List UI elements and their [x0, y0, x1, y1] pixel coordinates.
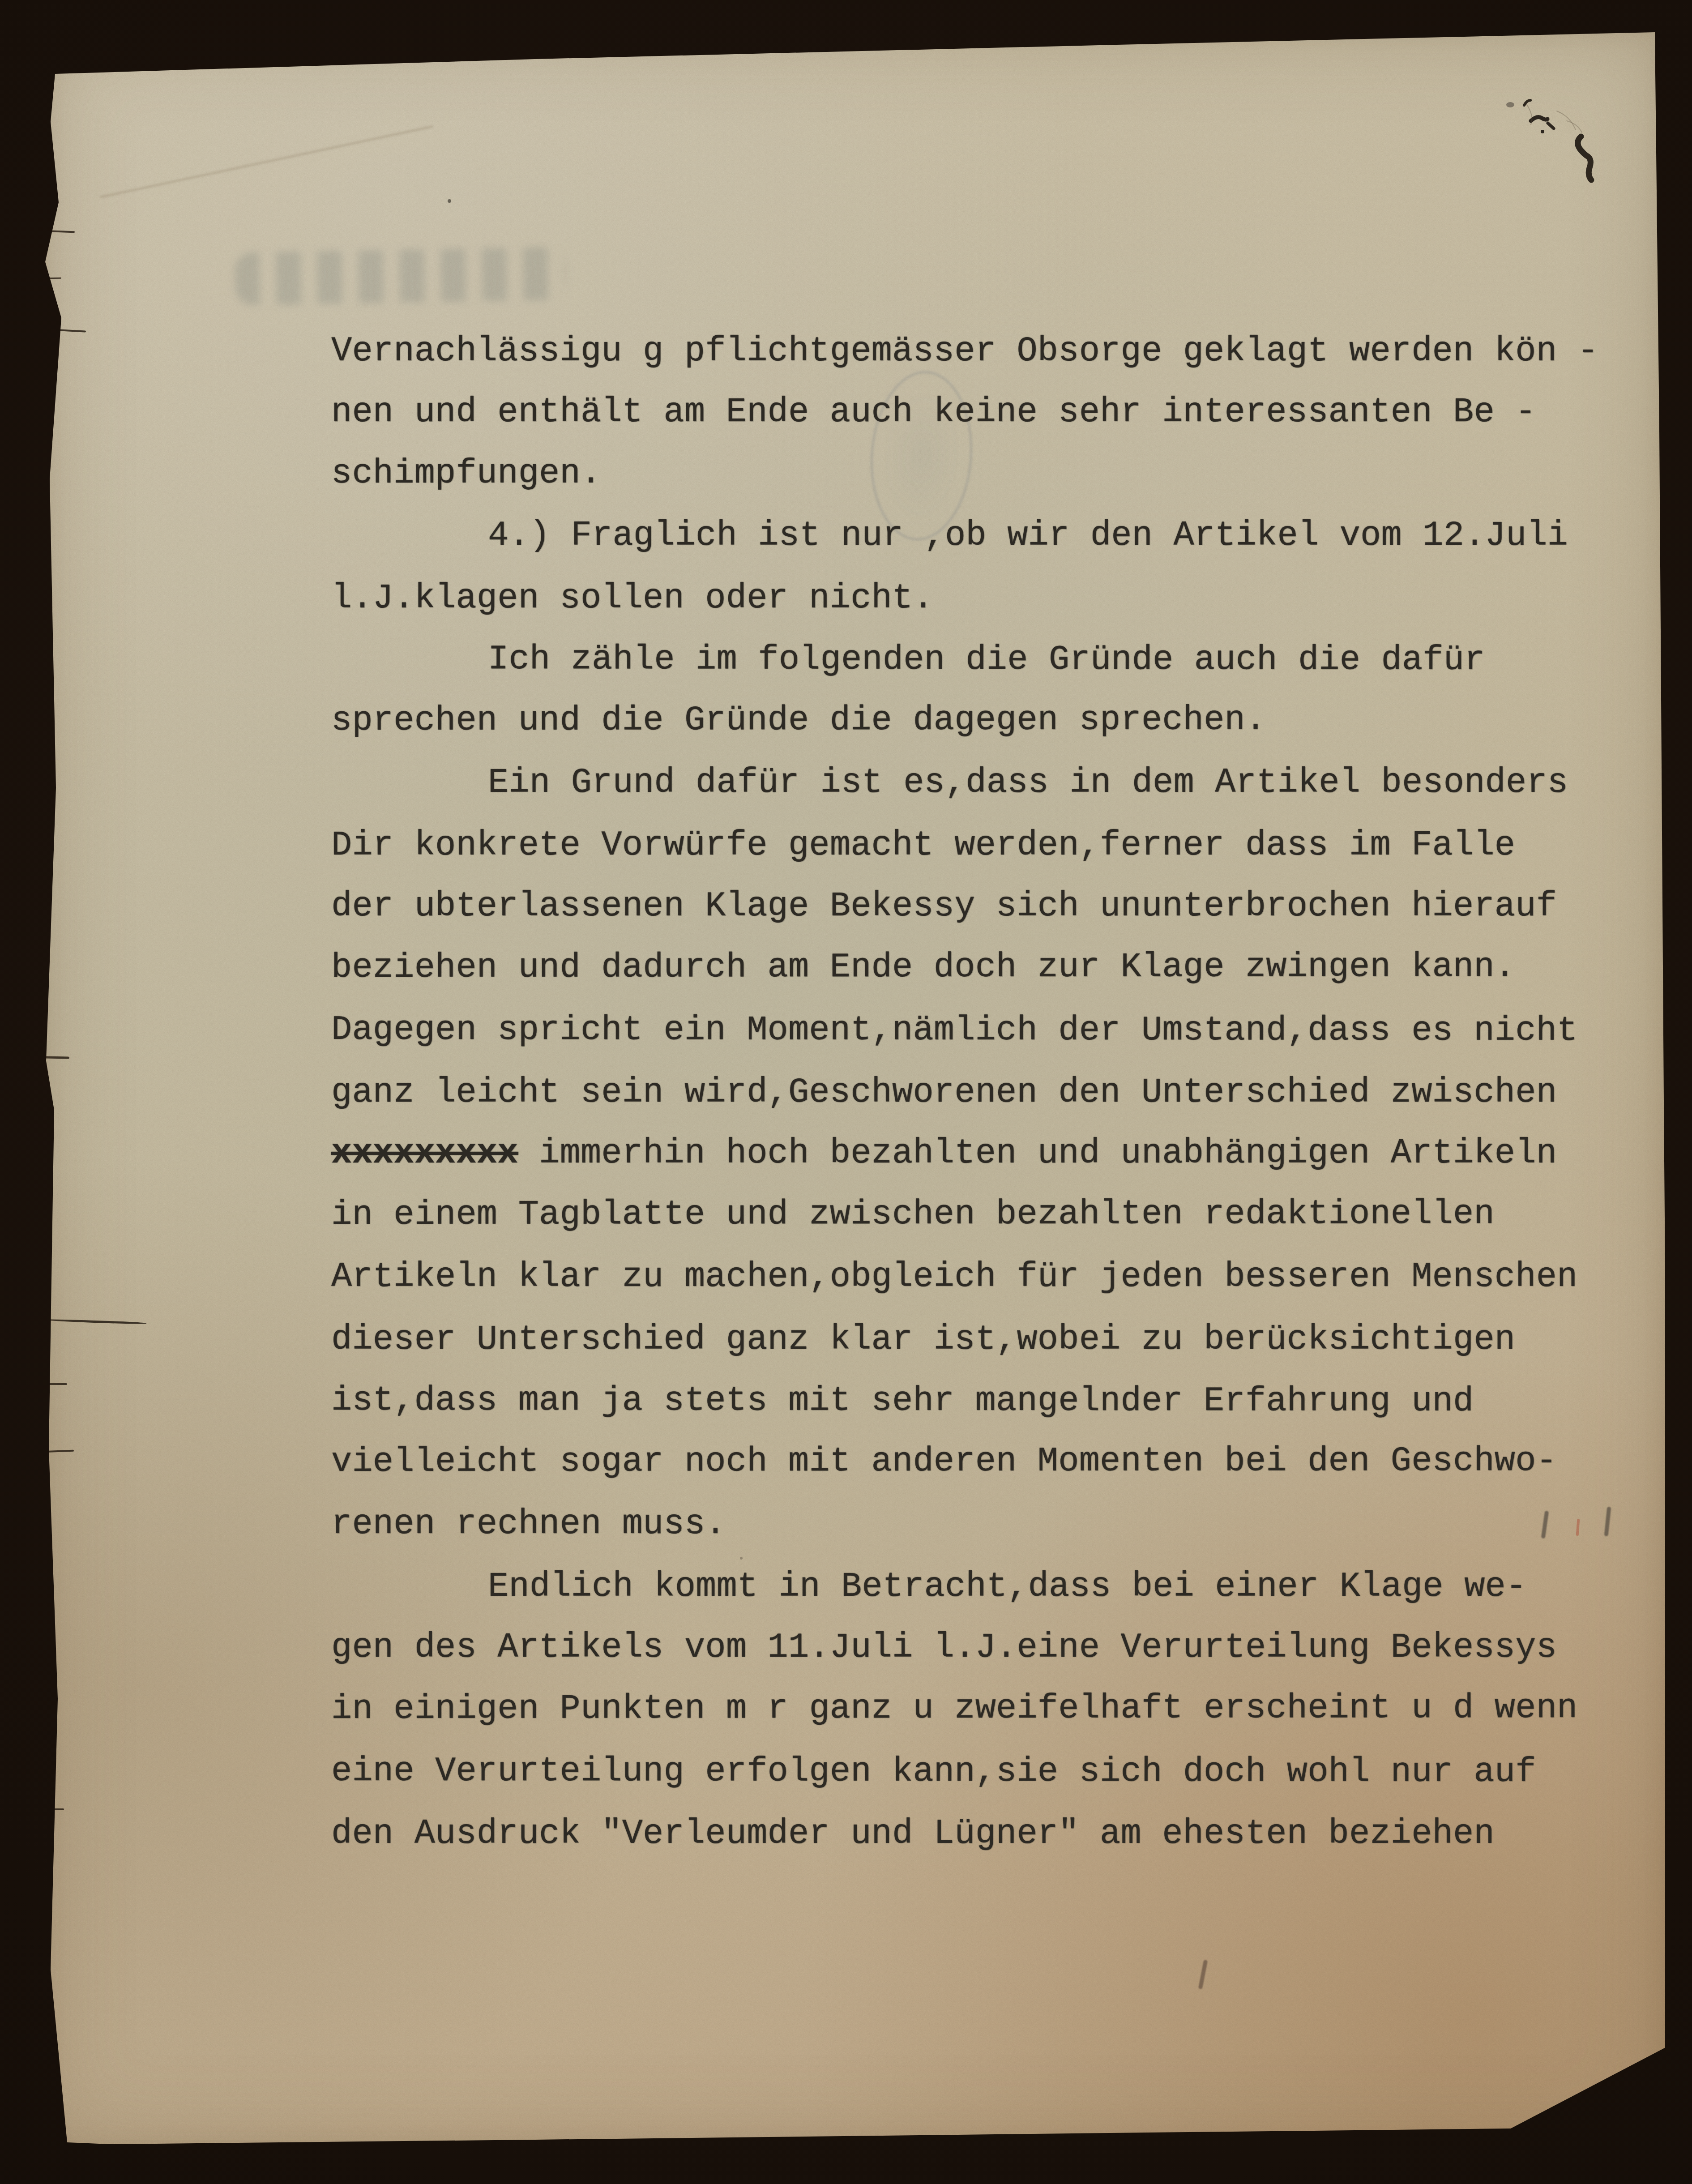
torn-edge-crack [43, 278, 61, 279]
line-text: l.J.klagen sollen oder nicht. [331, 579, 934, 618]
line-text: dieser Unterschied ganz klar ist,wobei z… [331, 1321, 1515, 1359]
line-text: Dagegen spricht ein Moment,nämlich der U… [331, 1011, 1578, 1051]
torn-edge-crack [43, 329, 86, 333]
typewritten-line: den Ausdruck "Verleumder und Lügner" am … [331, 1804, 1632, 1865]
typewritten-line: Ein Grund dafür ist es,dass in dem Artik… [331, 752, 1632, 814]
typewritten-line: Dir konkrete Vorwürfe gemacht werden,fer… [331, 815, 1632, 877]
line-text: Ich zähle im folgenden die Gründe auch d… [488, 640, 1485, 680]
typewritten-line: beziehen und dadurch am Ende doch zur Kl… [331, 936, 1632, 999]
ink-speck [448, 199, 451, 203]
typewritten-line: renen rechnen muss. [331, 1494, 1632, 1556]
pencil-mark [1198, 1960, 1208, 1990]
line-text: 4.) Fraglich ist nur ,ob wir den Artikel… [488, 517, 1568, 556]
typewritten-line: in einem Tagblatte und zwischen bezahlte… [331, 1184, 1632, 1246]
typewritten-line: gen des Artikels vom 11.Juli l.J.eine Ve… [331, 1617, 1632, 1679]
line-text: der ubterlassenen Klage Bekessy sich unu… [331, 887, 1557, 926]
line-text: beziehen und dadurch am Ende doch zur Kl… [331, 948, 1515, 987]
line-text: eine Verurteilung erfolgen kann,sie sich… [331, 1752, 1536, 1792]
torn-edge-crack [43, 1808, 64, 1810]
typewritten-line: der ubterlassenen Klage Bekessy sich unu… [331, 876, 1632, 938]
ghost-ink-smudge [235, 247, 567, 306]
typewritten-line: dieser Unterschied ganz klar ist,wobei z… [331, 1309, 1632, 1371]
line-text: Endlich kommt in Betracht,dass bei einer… [488, 1568, 1526, 1607]
typewritten-line: Ich zähle im folgenden die Gründe auch d… [331, 629, 1632, 692]
line-text: sprechen und die Gründe die dagegen spre… [331, 701, 1266, 740]
typewritten-line: sprechen und die Gründe die dagegen spre… [331, 689, 1632, 752]
torn-edge-crack [43, 1450, 74, 1453]
torn-edge-crack [43, 1383, 67, 1385]
line-text: Vernachlässigu g pflichtgemässer Obsorge… [331, 332, 1598, 371]
torn-edge-crack [43, 1056, 69, 1059]
typewritten-line: Endlich kommt in Betracht,dass bei einer… [331, 1556, 1632, 1618]
photo-background: Vernachlässigu g pflichtgemässer Obsorge… [0, 0, 1692, 2184]
line-text: ist,dass man ja stets mit sehr mangelnde… [331, 1381, 1474, 1421]
typewritten-line: l.J.klagen sollen oder nicht. [331, 568, 1632, 630]
line-text: in einigen Punkten m r ganz u zweifelhaf… [331, 1689, 1578, 1729]
line-text: immerhin hoch bezahlten und unabhängigen… [539, 1134, 1557, 1173]
line-text: den Ausdruck "Verleumder und Lügner" am … [331, 1815, 1495, 1854]
line-text: renen rechnen muss. [331, 1505, 726, 1544]
line-text: Dir konkrete Vorwürfe gemacht werden,fer… [331, 826, 1515, 865]
typewritten-line: schimpfungen. [331, 442, 1632, 505]
typewritten-line: ganz leicht sein wird,Geschworenen den U… [331, 1062, 1632, 1124]
typewritten-line: eine Verurteilung erfolgen kann,sie sich… [331, 1741, 1632, 1804]
line-text: ganz leicht sein wird,Geschworenen den U… [331, 1073, 1557, 1112]
typewritten-line: in einigen Punkten m r ganz u zweifelhaf… [331, 1678, 1632, 1740]
torn-edge-crack [43, 1319, 146, 1325]
typewritten-line: Dagegen spricht ein Moment,nämlich der U… [331, 1000, 1632, 1062]
typewritten-line: xxxxxxxxx immerhin hoch bezahlten und un… [331, 1123, 1632, 1185]
typewritten-line: 4.) Fraglich ist nur ,ob wir den Artikel… [331, 505, 1632, 567]
typewritten-line: ist,dass man ja stets mit sehr mangelnde… [331, 1370, 1632, 1433]
typewritten-line: nen und enthält am Ende auch keine sehr … [331, 382, 1632, 444]
typewritten-line: Artikeln klar zu machen,obgleich für jed… [331, 1247, 1632, 1308]
line-text: Artikeln klar zu machen,obgleich für jed… [331, 1258, 1577, 1297]
typewritten-text: Vernachlässigu g pflichtgemässer Obsorge… [331, 320, 1632, 1864]
paper-sheet: Vernachlässigu g pflichtgemässer Obsorge… [43, 27, 1665, 2149]
ink-scribble [1500, 94, 1598, 210]
line-text: gen des Artikels vom 11.Juli l.J.eine Ve… [331, 1628, 1557, 1667]
line-text: nen und enthält am Ende auch keine sehr … [331, 393, 1536, 432]
line-text: schimpfungen. [331, 454, 601, 493]
paper-crease [100, 126, 433, 198]
typewritten-line: Vernachlässigu g pflichtgemässer Obsorge… [331, 321, 1632, 383]
line-text: in einem Tagblatte und zwischen bezahlte… [331, 1195, 1495, 1235]
struck-out-word: xxxxxxxxx [331, 1134, 518, 1173]
ink-speck [740, 1557, 743, 1560]
line-text: Ein Grund dafür ist es,dass in dem Artik… [488, 764, 1568, 803]
line-text: vielleicht sogar noch mit anderen Moment… [331, 1442, 1557, 1482]
typewritten-line: vielleicht sogar noch mit anderen Moment… [331, 1431, 1632, 1493]
torn-edge-crack [43, 230, 75, 233]
